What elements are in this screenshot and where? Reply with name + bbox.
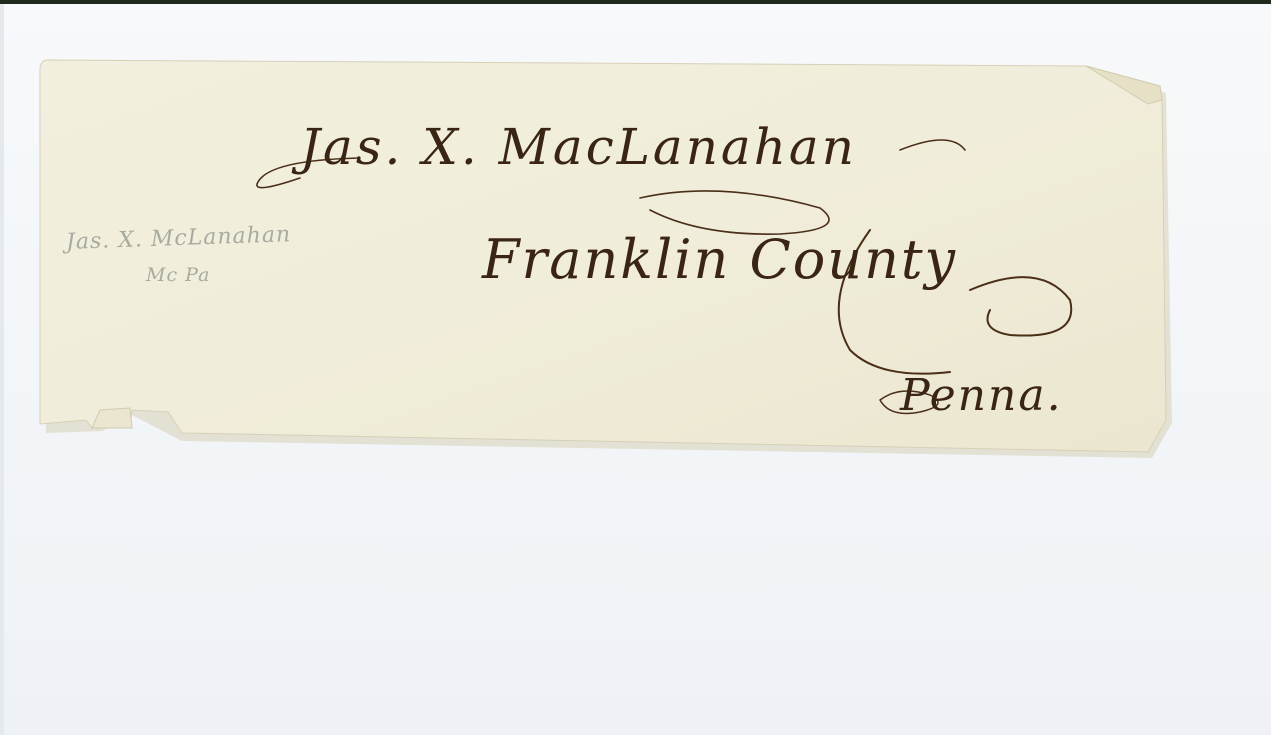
signature-name: Jas. X. MacLanahan: [300, 118, 857, 176]
paper-card: Jas. X. McLanahan Mc Pa Jas. X. MacLanah…: [0, 0, 1271, 735]
inscription-state: Penna.: [900, 370, 1063, 421]
pencil-annotation-office: Mc Pa: [146, 264, 210, 286]
paper-card-shape: [0, 0, 1271, 735]
inscription-county: Franklin County: [482, 228, 957, 291]
